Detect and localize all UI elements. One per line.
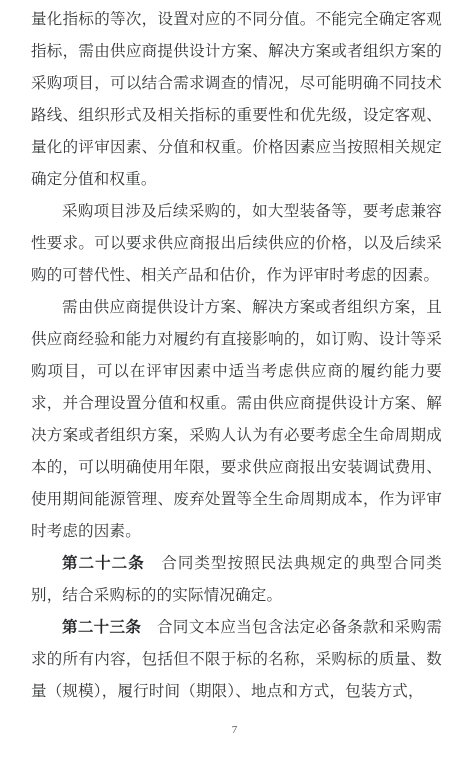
article-number: 第二十三条 bbox=[62, 619, 141, 636]
body-paragraph: 采购项目涉及后续采购的，如大型装备等，要考虑兼容性要求。可以要求供应商报出后续供… bbox=[31, 196, 442, 292]
body-paragraph: 量化指标的等次，设置对应的不同分值。不能完全确定客观指标，需由供应商提供设计方案… bbox=[31, 4, 442, 196]
body-paragraph: 需由供应商提供设计方案、解决方案或者组织方案，且供应商经验和能力对履约有直接影响… bbox=[31, 292, 442, 548]
article-paragraph: 第二十二条 合同类型按照民法典规定的典型合同类别，结合采购标的的实际情况确定。 bbox=[31, 548, 442, 612]
article-paragraph: 第二十三条 合同文本应当包含法定必备条款和采购需求的所有内容，包括但不限于标的名… bbox=[31, 612, 442, 708]
document-page: 量化指标的等次，设置对应的不同分值。不能完全确定客观指标，需由供应商提供设计方案… bbox=[0, 0, 469, 764]
document-body: 量化指标的等次，设置对应的不同分值。不能完全确定客观指标，需由供应商提供设计方案… bbox=[31, 4, 442, 708]
page-number: 7 bbox=[0, 723, 469, 737]
article-number: 第二十二条 bbox=[62, 555, 145, 572]
